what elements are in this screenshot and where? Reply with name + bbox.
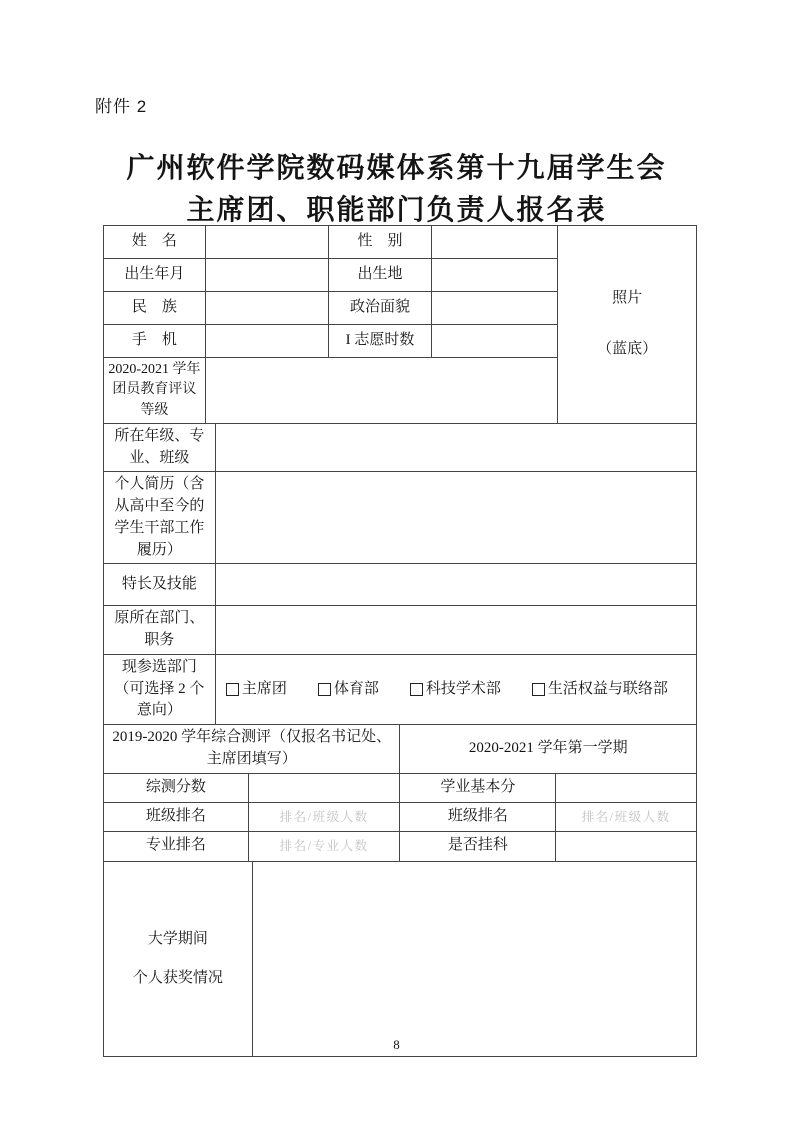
volunteer-hours-value-cell[interactable] bbox=[432, 325, 558, 358]
checkbox-scitech-dept-label: 科技学术部 bbox=[426, 679, 501, 701]
table-row: 2019-2020 学年综合测评（仅报名书记处、主席团填写） 2020-2021… bbox=[104, 725, 697, 774]
table-row: 所在年级、专业、班级 bbox=[104, 423, 697, 472]
table-row: 现参选部门 （可选择 2 个意向） 主席团 体育部 bbox=[104, 654, 697, 724]
name-value-cell[interactable] bbox=[205, 226, 328, 259]
checkbox-sports-dept[interactable]: 体育部 bbox=[318, 679, 379, 701]
class-rank-placeholder-left[interactable]: 排名/班级人数 bbox=[248, 802, 400, 831]
profile-section: 所在年级、专业、班级 个人简历（含从高中至今的学生干部工作履历） 特长及技能 原… bbox=[103, 423, 697, 725]
ethnicity-value-cell[interactable] bbox=[205, 292, 328, 325]
class-rank-label-right: 班级排名 bbox=[400, 802, 556, 831]
academic-base-score-value-cell[interactable] bbox=[556, 773, 697, 802]
registration-table: 姓 名 性 别 照片 （蓝底） 出生年月 出生地 民 族 bbox=[103, 225, 697, 1057]
academic-base-score-label: 学业基本分 bbox=[400, 773, 556, 802]
failed-course-value-cell[interactable] bbox=[556, 831, 697, 861]
table-row: 特长及技能 bbox=[104, 564, 697, 606]
class-rank-label-left: 班级排名 bbox=[104, 802, 249, 831]
skills-label: 特长及技能 bbox=[104, 564, 216, 606]
form-title-line1: 广州软件学院数码媒体系第十九届学生会 bbox=[0, 146, 793, 186]
ethnicity-label: 民 族 bbox=[104, 292, 206, 325]
table-row: 班级排名 排名/班级人数 班级排名 排名/班级人数 bbox=[104, 802, 697, 831]
table-row: 个人简历（含从高中至今的学生干部工作履历） bbox=[104, 472, 697, 564]
former-department-label: 原所在部门、职务 bbox=[104, 606, 216, 655]
photo-cell: 照片 （蓝底） bbox=[558, 226, 697, 424]
birth-date-value-cell[interactable] bbox=[205, 259, 328, 292]
university-awards-label: 大学期间 个人获奖情况 bbox=[104, 861, 253, 1056]
document-page: 附件 2 广州软件学院数码媒体系第十九届学生会 主席团、职能部门负责人报名表 姓… bbox=[0, 0, 793, 1122]
checkbox-life-liaison-dept[interactable]: 生活权益与联络部 bbox=[532, 679, 668, 701]
mobile-label: 手 机 bbox=[104, 325, 206, 358]
photo-label: 照片 bbox=[612, 288, 642, 310]
major-rank-label: 专业排名 bbox=[104, 831, 249, 861]
league-review-value-cell[interactable] bbox=[205, 358, 557, 424]
table-row: 综测分数 学业基本分 bbox=[104, 773, 697, 802]
grade-major-class-label: 所在年级、专业、班级 bbox=[104, 423, 216, 472]
comprehensive-score-value-cell[interactable] bbox=[248, 773, 400, 802]
checkbox-icon[interactable] bbox=[318, 683, 331, 696]
gender-value-cell[interactable] bbox=[432, 226, 558, 259]
comprehensive-score-label: 综测分数 bbox=[104, 773, 249, 802]
form-title-line2: 主席团、职能部门负责人报名表 bbox=[0, 188, 793, 228]
former-department-value-cell[interactable] bbox=[215, 606, 696, 655]
major-rank-placeholder[interactable]: 排名/专业人数 bbox=[248, 831, 400, 861]
current-department-label-line2: （可选择 2 个意向） bbox=[107, 679, 212, 723]
checkbox-scitech-dept[interactable]: 科技学术部 bbox=[410, 679, 501, 701]
birthplace-value-cell[interactable] bbox=[432, 259, 558, 292]
name-label: 姓 名 bbox=[104, 226, 206, 259]
political-status-value-cell[interactable] bbox=[432, 292, 558, 325]
resume-label: 个人简历（含从高中至今的学生干部工作履历） bbox=[104, 472, 216, 564]
department-options-cell: 主席团 体育部 科技学术部 生活权益与联络部 bbox=[215, 654, 696, 724]
political-status-label: 政治面貌 bbox=[328, 292, 432, 325]
checkbox-presidium[interactable]: 主席团 bbox=[226, 679, 287, 701]
table-row: 原所在部门、职务 bbox=[104, 606, 697, 655]
failed-course-label: 是否挂科 bbox=[400, 831, 556, 861]
checkbox-icon[interactable] bbox=[532, 683, 545, 696]
checkbox-presidium-label: 主席团 bbox=[242, 679, 287, 701]
resume-value-cell[interactable] bbox=[215, 472, 696, 564]
photo-background-note: （蓝底） bbox=[597, 339, 657, 361]
evaluation-header-right: 2020-2021 学年第一学期 bbox=[400, 725, 697, 774]
university-awards-label-line1: 大学期间 bbox=[107, 929, 249, 950]
awards-section: 大学期间 个人获奖情况 bbox=[103, 861, 697, 1057]
university-awards-value-cell[interactable] bbox=[252, 861, 696, 1056]
page-number: 8 bbox=[0, 1037, 793, 1053]
checkbox-life-liaison-dept-label: 生活权益与联络部 bbox=[548, 679, 668, 701]
gender-label: 性 别 bbox=[328, 226, 432, 259]
skills-value-cell[interactable] bbox=[215, 564, 696, 606]
attachment-label: 附件 2 bbox=[95, 92, 147, 117]
mobile-value-cell[interactable] bbox=[205, 325, 328, 358]
checkbox-icon[interactable] bbox=[226, 683, 239, 696]
league-review-label: 2020-2021 学年团员教育评议等级 bbox=[104, 358, 206, 424]
birthplace-label: 出生地 bbox=[328, 259, 432, 292]
table-row: 专业排名 排名/专业人数 是否挂科 bbox=[104, 831, 697, 861]
grade-major-class-value-cell[interactable] bbox=[215, 423, 696, 472]
table-row: 大学期间 个人获奖情况 bbox=[104, 861, 697, 1056]
checkbox-icon[interactable] bbox=[410, 683, 423, 696]
current-department-label: 现参选部门 （可选择 2 个意向） bbox=[104, 654, 216, 724]
birth-date-label: 出生年月 bbox=[104, 259, 206, 292]
current-department-label-line1: 现参选部门 bbox=[107, 657, 212, 679]
evaluation-section: 2019-2020 学年综合测评（仅报名书记处、主席团填写） 2020-2021… bbox=[103, 724, 697, 862]
basic-info-section: 姓 名 性 别 照片 （蓝底） 出生年月 出生地 民 族 bbox=[103, 225, 697, 424]
class-rank-placeholder-right[interactable]: 排名/班级人数 bbox=[556, 802, 697, 831]
table-row: 姓 名 性 别 照片 （蓝底） bbox=[104, 226, 697, 259]
checkbox-sports-dept-label: 体育部 bbox=[334, 679, 379, 701]
evaluation-header-left: 2019-2020 学年综合测评（仅报名书记处、主席团填写） bbox=[104, 725, 400, 774]
volunteer-hours-label: I 志愿时数 bbox=[328, 325, 432, 358]
university-awards-label-line2: 个人获奖情况 bbox=[107, 968, 249, 989]
